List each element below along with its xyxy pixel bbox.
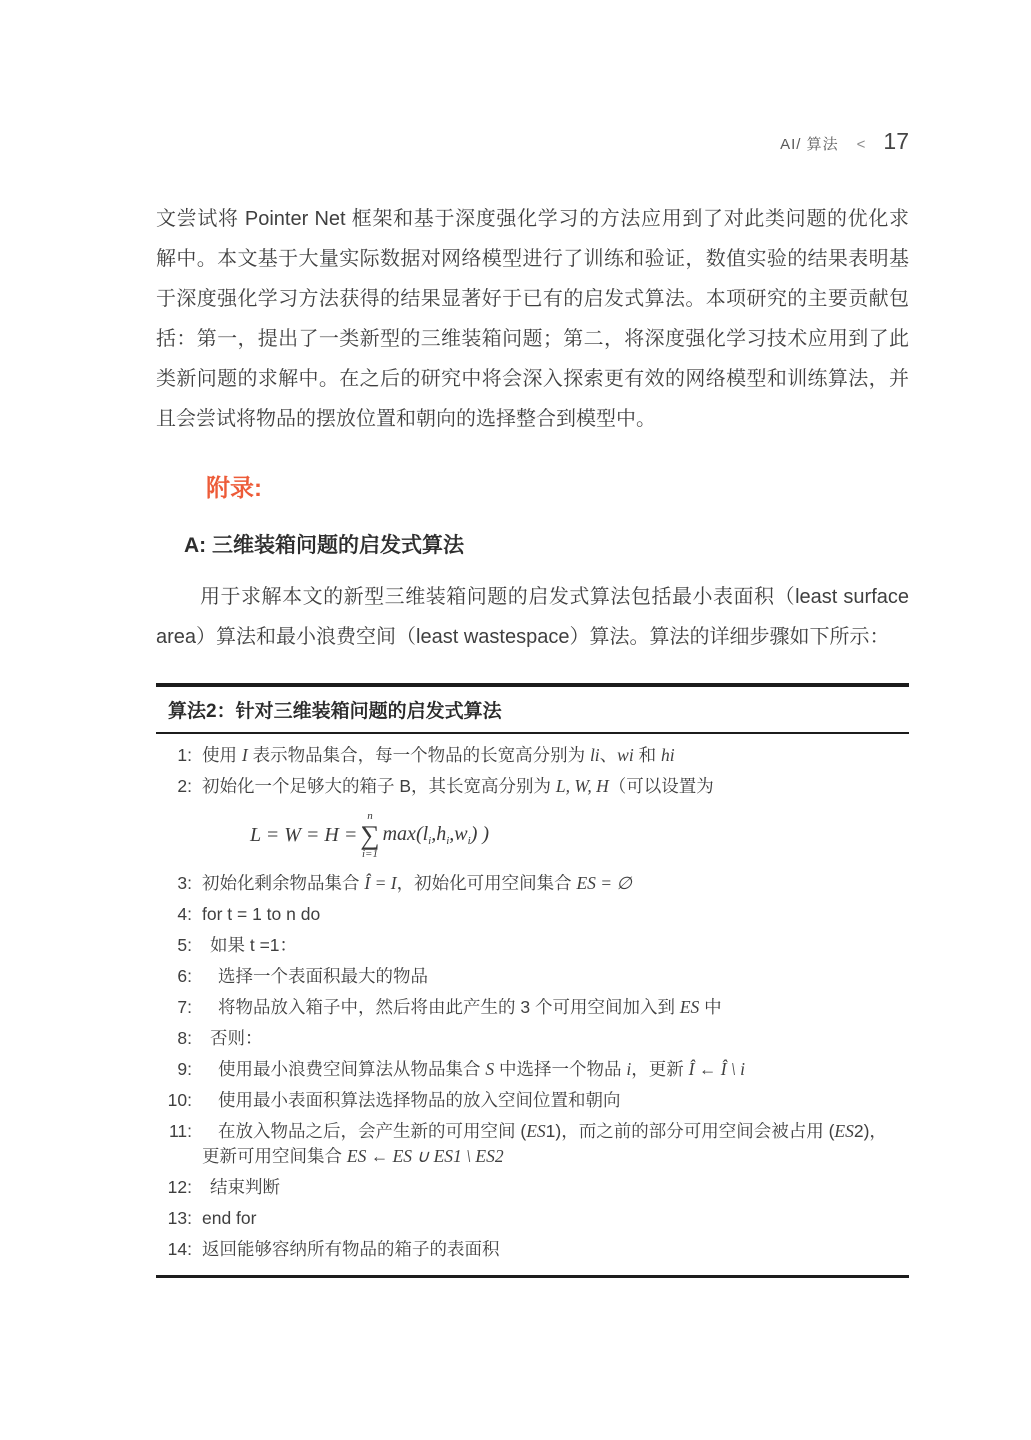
line-content: 结束判断 xyxy=(202,1175,909,1200)
line-number: 6: xyxy=(156,964,192,989)
line-content: 将物品放入箱子中，然后将由此产生的 3 个可用空间加入到 ES 中 xyxy=(202,995,909,1020)
line-content: 使用 I 表示物品集合，每一个物品的长宽高分别为 li、wi 和 hi xyxy=(202,743,909,768)
body-paragraph-2: 用于求解本文的新型三维装箱问题的启发式算法包括最小表面积（least surfa… xyxy=(156,577,909,657)
formula: L = W = H = n ∑ i=1 max(li,hi,wi) ) xyxy=(250,808,909,862)
line-content: for t = 1 to n do xyxy=(202,902,909,927)
line-content: 使用最小浪费空间算法从物品集合 S 中选择一个物品 i，更新 Î ← Î \ i xyxy=(202,1057,909,1082)
line-content: 返回能够容纳所有物品的箱子的表面积 xyxy=(202,1237,909,1262)
line-number: 14: xyxy=(156,1237,192,1262)
line-content: 初始化一个足够大的箱子 B，其长宽高分别为 L, W, H（可以设置为 xyxy=(202,774,909,799)
document-page: AI/ 算法 < 17 文尝试将 Pointer Net 框架和基于深度强化学习… xyxy=(0,0,1031,1440)
paragraph-line: 且会尝试将物品的摆放位置和朝向的选择整合到模型中。 xyxy=(156,399,909,439)
paragraph-line: area）算法和最小浪费空间（least wastespace）算法。算法的详细… xyxy=(156,617,909,657)
line-number: 10: xyxy=(156,1088,192,1113)
algorithm-row: 4: for t = 1 to n do xyxy=(156,899,909,930)
line-content: end for xyxy=(202,1206,909,1231)
algorithm-row: 8: 否则： xyxy=(156,1023,909,1054)
summation-icon: ∑ xyxy=(360,822,379,848)
sigma-lower-limit: i=1 xyxy=(362,848,378,860)
line-number: 12: xyxy=(156,1175,192,1200)
line-content: 否则： xyxy=(202,1026,909,1051)
paragraph-line: 于深度强化学习方法获得的结果显著好于已有的启发式算法。本项研究的主要贡献包 xyxy=(156,279,909,319)
paragraph-line: 类新问题的求解中。在之后的研究中将会深入探索更有效的网络模型和训练算法，并 xyxy=(156,359,909,399)
header-separator: < xyxy=(857,136,866,153)
line-number: 2: xyxy=(156,774,192,799)
algorithm-row: 5: 如果 t =1： xyxy=(156,930,909,961)
algorithm-row: 3: 初始化剩余物品集合 Î = I，初始化可用空间集合 ES = ∅ xyxy=(156,868,909,899)
paragraph-line: 文尝试将 Pointer Net 框架和基于深度强化学习的方法应用到了对此类问题… xyxy=(156,199,909,239)
line-number: 3: xyxy=(156,871,192,896)
algorithm-caption: 算法2：针对三维装箱问题的启发式算法 xyxy=(156,687,909,734)
algorithm-row: 11: 在放入物品之后，会产生新的可用空间 (ES1)，而之前的部分可用空间会被… xyxy=(156,1116,909,1172)
algorithm-row: 9: 使用最小浪费空间算法从物品集合 S 中选择一个物品 i，更新 Î ← Î … xyxy=(156,1054,909,1085)
paragraph-line: 解中。本文基于大量实际数据对网络模型进行了训练和验证，数值实验的结果表明基 xyxy=(156,239,909,279)
algorithm-row: 1: 使用 I 表示物品集合，每一个物品的长宽高分别为 li、wi 和 hi xyxy=(156,740,909,771)
line-number: 5: xyxy=(156,933,192,958)
line-content: 使用最小表面积算法选择物品的放入空间位置和朝向 xyxy=(202,1088,909,1113)
line-content: 选择一个表面积最大的物品 xyxy=(202,964,909,989)
sigma-symbol: n ∑ i=1 xyxy=(360,810,379,860)
section-label: AI/ 算法 xyxy=(780,133,839,154)
algorithm-row: 7: 将物品放入箱子中，然后将由此产生的 3 个可用空间加入到 ES 中 xyxy=(156,992,909,1023)
algorithm-row: 12: 结束判断 xyxy=(156,1172,909,1203)
line-number: 4: xyxy=(156,902,192,927)
section-a-heading: A: 三维装箱问题的启发式算法 xyxy=(184,533,909,559)
page-number: 17 xyxy=(883,128,909,155)
line-number: 1: xyxy=(156,743,192,768)
algorithm-row: 2: 初始化一个足够大的箱子 B，其长宽高分别为 L, W, H（可以设置为 xyxy=(156,771,909,802)
algorithm-rows-top: 1: 使用 I 表示物品集合，每一个物品的长宽高分别为 li、wi 和 hi 2… xyxy=(156,740,909,802)
line-number: 11: xyxy=(156,1119,192,1144)
line-number: 7: xyxy=(156,995,192,1020)
paragraph-line: 用于求解本文的新型三维装箱问题的启发式算法包括最小表面积（least surfa… xyxy=(156,577,909,617)
algorithm-box: 算法2：针对三维装箱问题的启发式算法 1: 使用 I 表示物品集合，每一个物品的… xyxy=(156,683,909,1278)
formula-body: max(li,hi,wi) ) xyxy=(383,823,489,847)
line-content: 初始化剩余物品集合 Î = I，初始化可用空间集合 ES = ∅ xyxy=(202,871,909,896)
line-content: 在放入物品之后，会产生新的可用空间 (ES1)，而之前的部分可用空间会被占用 (… xyxy=(202,1119,909,1169)
algorithm-row: 6: 选择一个表面积最大的物品 xyxy=(156,961,909,992)
page-header: AI/ 算法 < 17 xyxy=(156,128,909,155)
algorithm-rows-bottom: 3: 初始化剩余物品集合 Î = I，初始化可用空间集合 ES = ∅ 4: f… xyxy=(156,868,909,1265)
algorithm-row: 10: 使用最小表面积算法选择物品的放入空间位置和朝向 xyxy=(156,1085,909,1116)
body-paragraph-1: 文尝试将 Pointer Net 框架和基于深度强化学习的方法应用到了对此类问题… xyxy=(156,199,909,439)
line-number: 13: xyxy=(156,1206,192,1231)
appendix-heading: 附录: xyxy=(206,475,909,503)
line-number: 8: xyxy=(156,1026,192,1051)
paragraph-line: 括：第一，提出了一类新型的三维装箱问题；第二，将深度强化学习技术应用到了此 xyxy=(156,319,909,359)
algorithm-row: 13: end for xyxy=(156,1203,909,1234)
algorithm-row: 14: 返回能够容纳所有物品的箱子的表面积 xyxy=(156,1234,909,1265)
line-content: 如果 t =1： xyxy=(202,933,909,958)
line-number: 9: xyxy=(156,1057,192,1082)
formula-lhs: L = W = H = xyxy=(250,824,357,847)
